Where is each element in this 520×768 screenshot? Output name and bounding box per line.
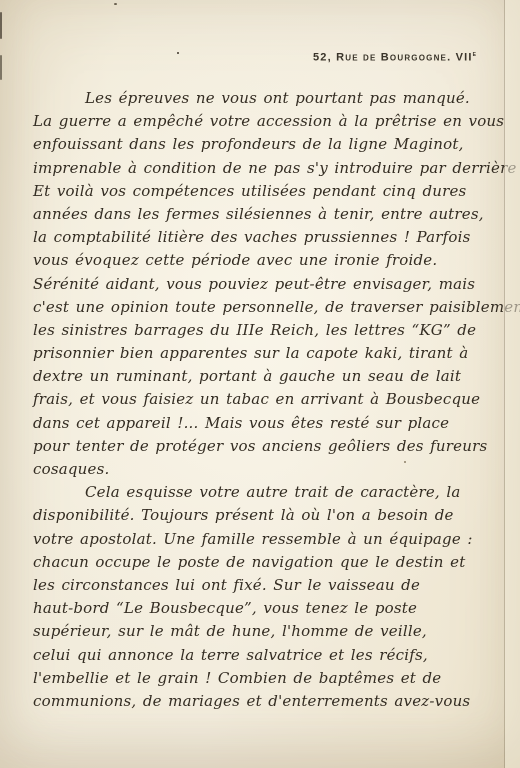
letter-line: les circonstances lui ont fixé. Sur le v…	[33, 574, 482, 597]
letter-line: votre apostolat. Une famille ressemble à…	[33, 528, 482, 551]
letter-line: enfouissant dans les profondeurs de la l…	[33, 133, 482, 156]
letter-line: la comptabilité litière des vaches pruss…	[33, 226, 482, 249]
scan-edge-smudge	[0, 12, 2, 39]
letterhead-address: 52, Rue de Bourgogne. VII	[313, 52, 473, 64]
paper-edge-band	[505, 0, 520, 768]
letter-body: Les épreuves ne vous ont pourtant pas ma…	[33, 87, 482, 713]
letter-line: haut-bord “Le Bousbecque”, vous tenez le…	[33, 597, 482, 620]
letter-line: chacun occupe le poste de navigation que…	[33, 551, 482, 574]
letter-line: celui qui annonce la terre salvatrice et…	[33, 644, 482, 667]
letter-line: imprenable à condition de ne pas s'y int…	[33, 157, 482, 180]
letter-line: communions, de mariages et d'enterrement…	[33, 690, 482, 713]
letterhead: 52, Rue de Bourgogne. VIIe	[313, 51, 476, 64]
letter-line: La guerre a empêché votre accession à la…	[33, 110, 482, 133]
letter-page: 52, Rue de Bourgogne. VIIe Les épreuves …	[0, 0, 520, 768]
letter-line: Sérénité aidant, vous pouviez peut-être …	[33, 273, 482, 296]
letter-line: l'embellie et le grain ! Combien de bapt…	[33, 667, 482, 690]
letter-line: frais, et vous faisiez un tabac en arriv…	[33, 388, 482, 411]
letter-line: prisonnier bien apparentes sur la capote…	[33, 342, 482, 365]
scan-edge-smudge	[0, 55, 2, 80]
letter-line: les sinistres barrages du IIIe Reich, le…	[33, 319, 482, 342]
paper-speck	[114, 3, 117, 5]
letterhead-arrondissement-suffix: e	[473, 51, 476, 58]
letter-line: cosaques.	[33, 458, 482, 481]
paper-speck	[404, 461, 406, 463]
paper-speck	[177, 52, 179, 54]
letter-line: dans cet appareil !... Mais vous êtes re…	[33, 412, 482, 435]
letter-line: c'est une opinion toute personnelle, de …	[33, 296, 482, 319]
letter-line: Les épreuves ne vous ont pourtant pas ma…	[33, 87, 482, 110]
letter-line: disponibilité. Toujours présent là où l'…	[33, 504, 482, 527]
letter-line: Cela esquisse votre autre trait de carac…	[33, 481, 482, 504]
letter-line: pour tenter de protéger vos anciens geôl…	[33, 435, 482, 458]
letter-line: Et voilà vos compétences utilisées penda…	[33, 180, 482, 203]
letter-line: vous évoquez cette période avec une iron…	[33, 249, 482, 272]
letter-line: dextre un ruminant, portant à gauche un …	[33, 365, 482, 388]
letter-line: supérieur, sur le mât de hune, l'homme d…	[33, 620, 482, 643]
letter-line: années dans les fermes silésiennes à ten…	[33, 203, 482, 226]
